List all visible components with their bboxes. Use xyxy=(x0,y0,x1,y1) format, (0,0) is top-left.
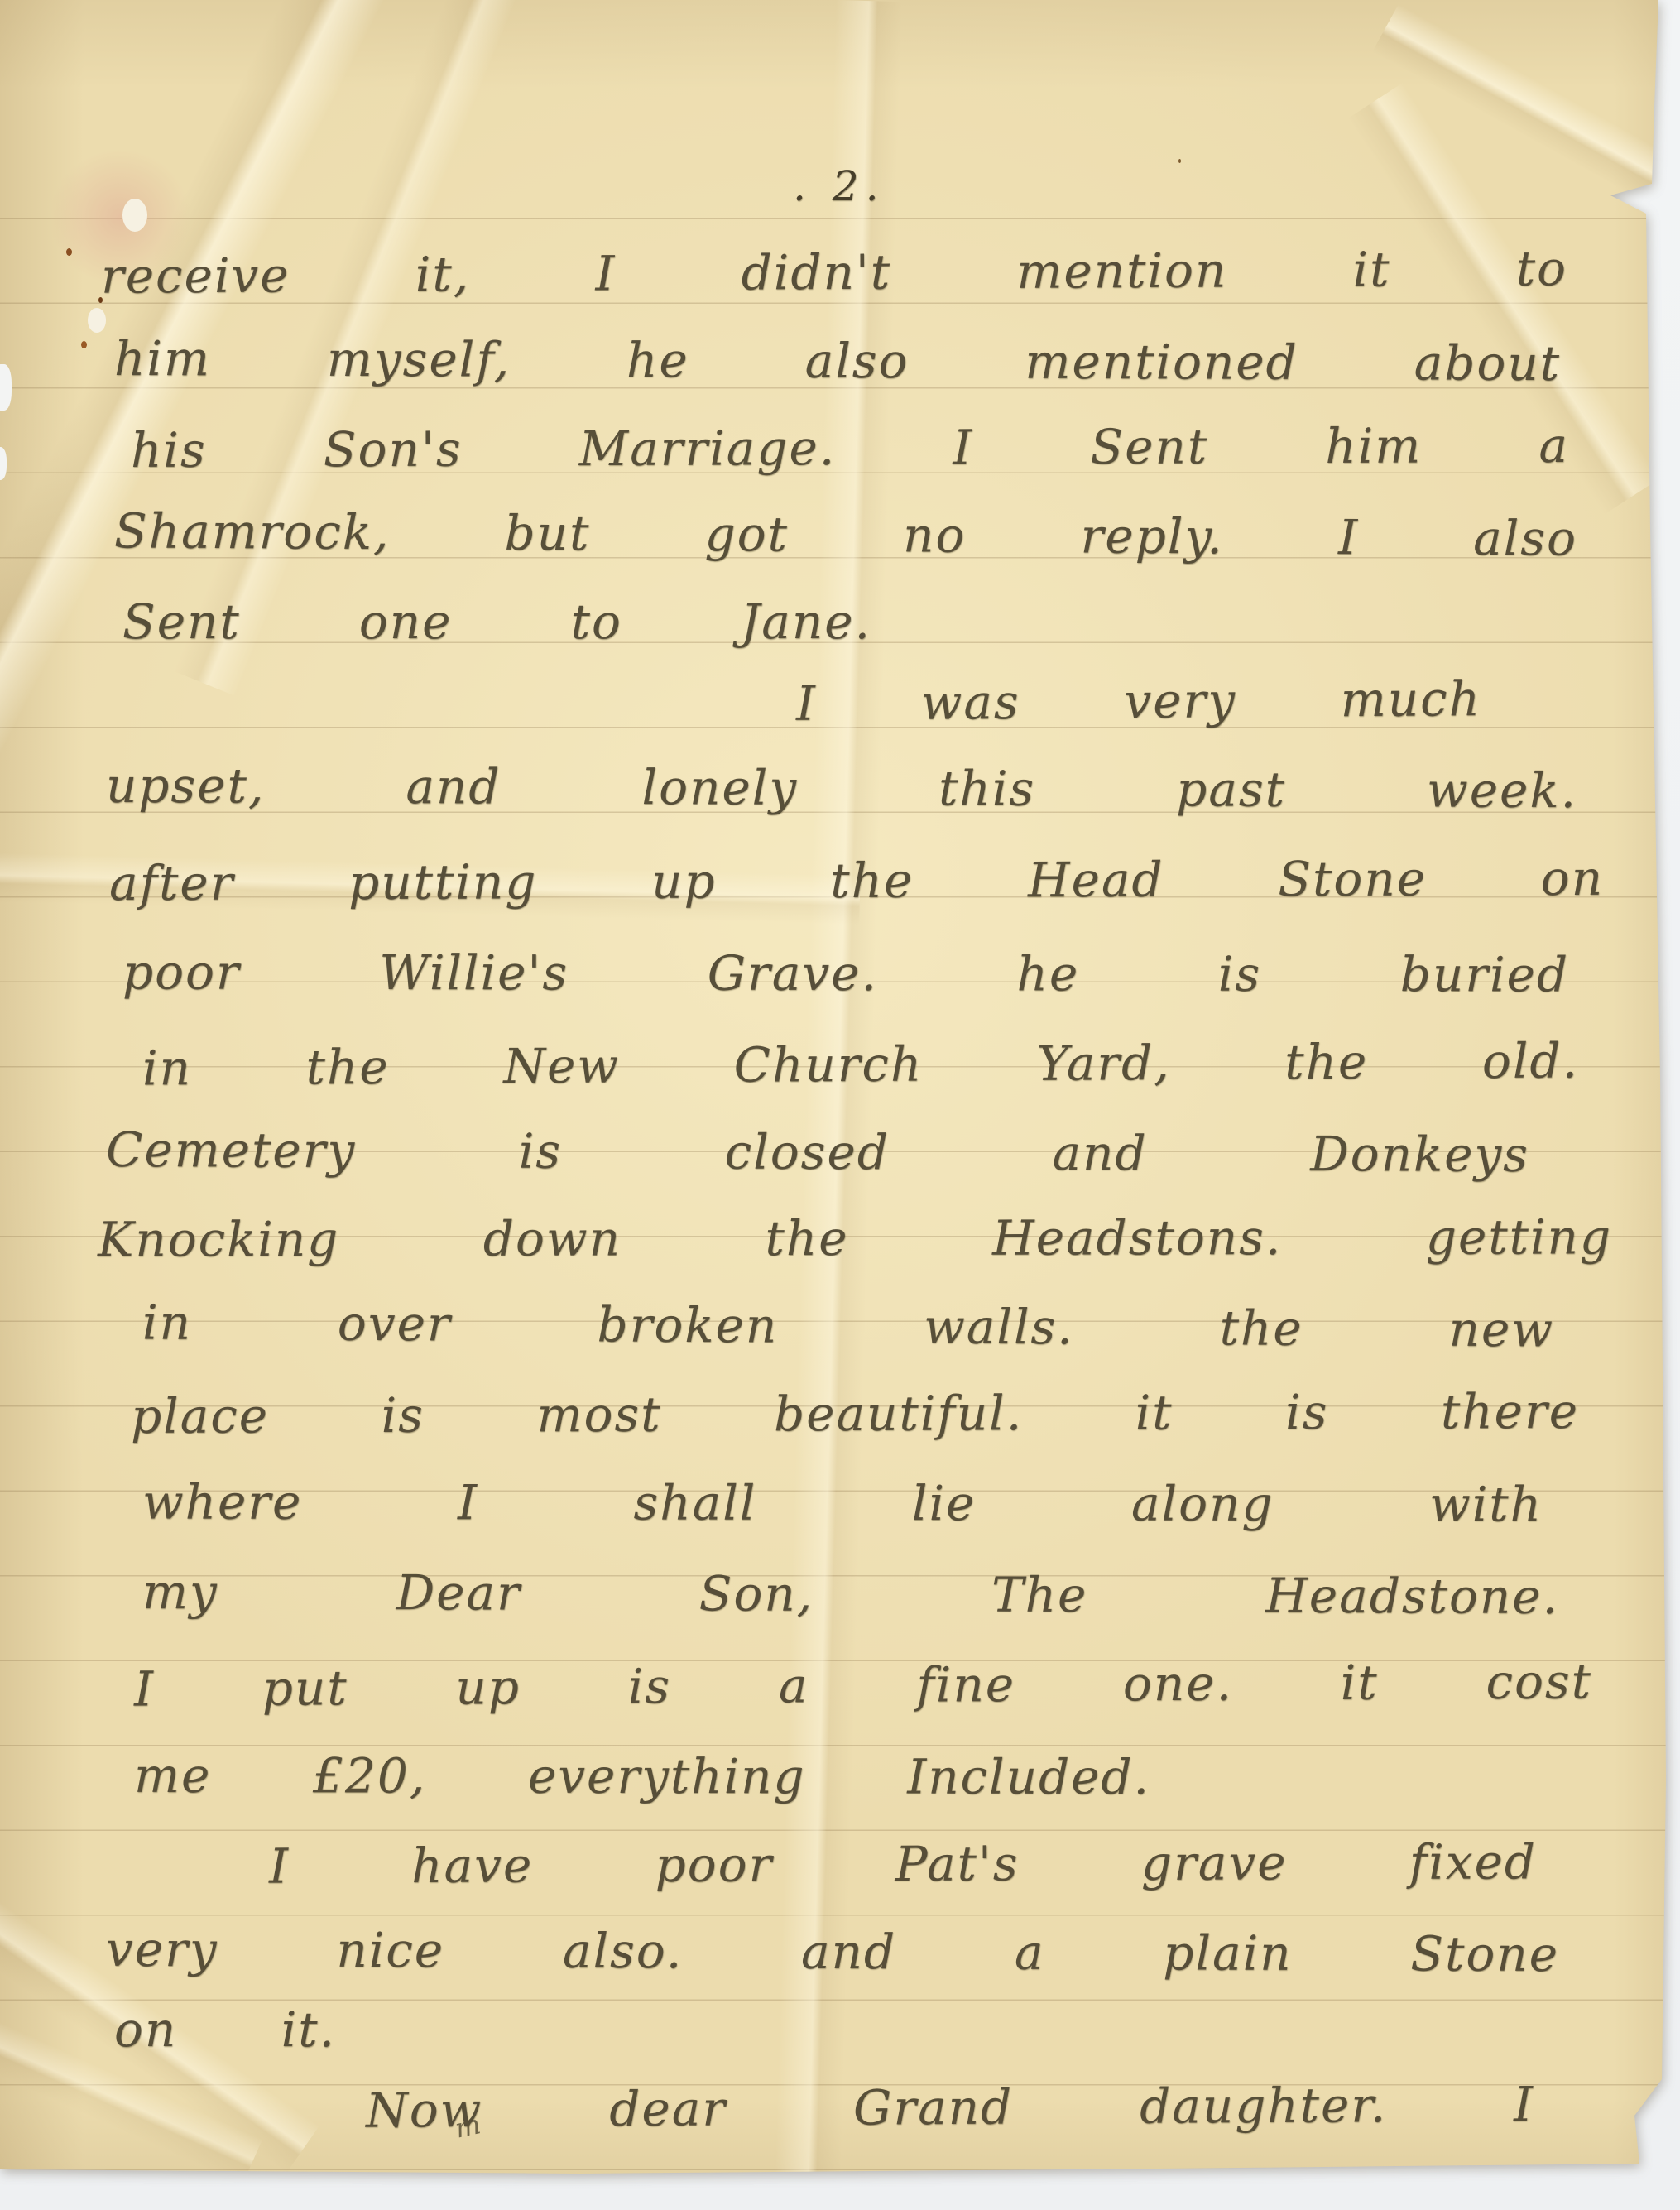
letter-line: Cemetery is closed and Donkeys xyxy=(106,1113,1529,1193)
letter-line: I put up is a fine one. it cost xyxy=(134,1645,1592,1727)
letter-line: him myself, he also mentioned about xyxy=(114,322,1561,401)
paper-shadow: . 2. receive it, I didn't mention it toh… xyxy=(0,0,1680,2210)
letter-line: upset, and lonely this past week. xyxy=(106,749,1577,829)
letter-line: his Son's Marriage. I Sent him a xyxy=(131,409,1569,488)
page-number: . 2. xyxy=(793,162,886,210)
paper-gouge xyxy=(122,199,147,232)
letter-paper: . 2. receive it, I didn't mention it toh… xyxy=(0,0,1680,2210)
letter-line: Knocking down the Headstons. getting xyxy=(98,1200,1612,1277)
letter-line: on it. xyxy=(114,1993,336,2068)
letter-line: I was very much xyxy=(796,662,1482,742)
edge-chip xyxy=(0,447,7,480)
letter-line: Now dear Grand daughter. I xyxy=(366,2068,1534,2148)
scanned-letter-page: . 2. receive it, I didn't mention it toh… xyxy=(0,0,1680,2210)
letter-line: me £20, everything Included. xyxy=(134,1739,1150,1815)
rust-specks xyxy=(66,248,72,256)
letter-line: Shamrock, but got no reply. I also xyxy=(114,494,1577,576)
letter-line: I have poor Pat's grave fixed xyxy=(269,1825,1537,1904)
letter-line: after putting up the Head Stone on xyxy=(109,842,1604,921)
edge-chip xyxy=(0,364,12,411)
letter-line: in over broken walls. the new xyxy=(142,1286,1554,1368)
letter-line: receive it, I didn't mention it to xyxy=(101,232,1567,314)
letter-line: Sent one to Jane. xyxy=(122,585,871,660)
letter-line: poor Willie's Grave. he is buried xyxy=(122,935,1569,1012)
letter-line: in the New Church Yard, the old. xyxy=(142,1024,1579,1106)
letter-line: where I shall lie along with xyxy=(142,1466,1543,1543)
letter-line: place is most beautiful. it is there xyxy=(131,1375,1579,1454)
letter-line: very nice also. and a plain Stone xyxy=(106,1913,1559,1992)
letter-line: my Dear Son, The Headstone. xyxy=(142,1555,1559,1635)
crease-top-right-1 xyxy=(1372,4,1680,209)
